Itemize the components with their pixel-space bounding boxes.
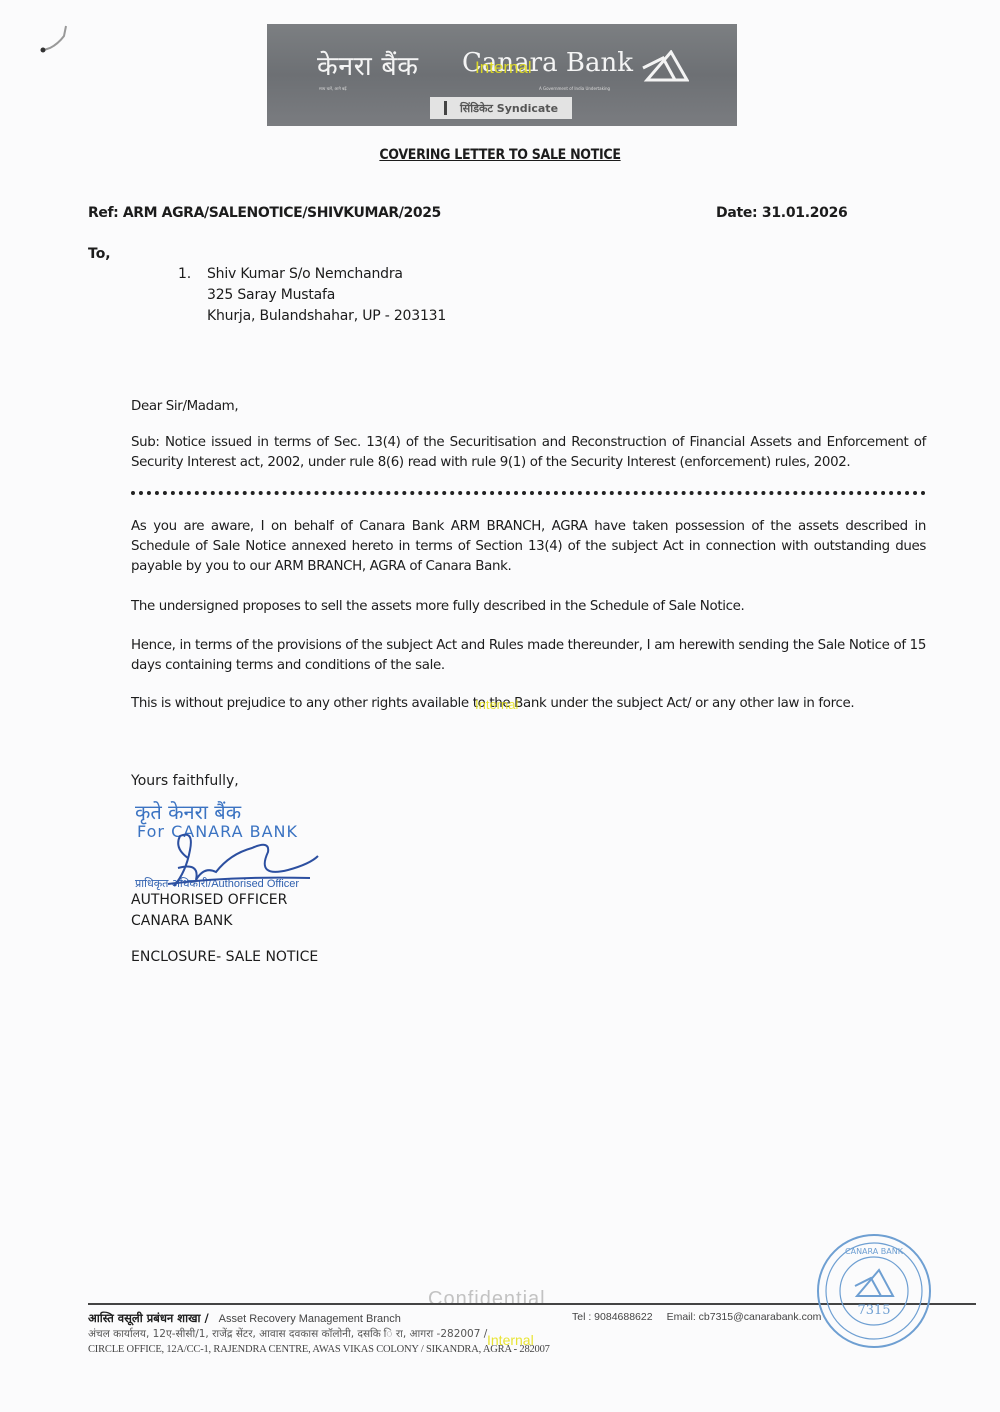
footer-branch: आस्ति वसूली प्रबंधन शाखा /Asset Recovery…: [88, 1311, 401, 1326]
bank-seal-stamp: 7315 CANARA BANK: [815, 1232, 933, 1350]
canara-triangle-logo-icon: [641, 50, 689, 84]
footer-branch-english: Asset Recovery Management Branch: [219, 1313, 401, 1325]
signatory-title: AUTHORISED OFFICER: [131, 890, 287, 911]
footer-email: Email: cb7315@canarabank.com: [667, 1311, 822, 1323]
syndicate-label: सिंडिकेट Syndicate: [460, 101, 558, 116]
reference-number: Ref: ARM AGRA/SALENOTICE/SHIVKUMAR/2025: [88, 205, 441, 221]
body-paragraph-prejudice: This is without prejudice to any other r…: [131, 694, 926, 714]
seal-number: 7315: [857, 1303, 890, 1318]
body-paragraph-possession: As you are aware, I on behalf of Canara …: [131, 517, 926, 577]
addressee-address-line2: Khurja, Bulandshahar, UP - 203131: [207, 306, 446, 327]
stamp-hindi-text: कृते केनरा बैंक: [135, 798, 241, 825]
logo-english-tagline: A Government of India Undertaking: [539, 86, 610, 91]
signatory-organisation: CANARA BANK: [131, 911, 287, 932]
dotted-divider: [131, 491, 926, 495]
to-label: To,: [88, 246, 111, 262]
internal-watermark: Internal: [475, 697, 518, 712]
footer-address-english: CIRCLE OFFICE, 12A/CC-1, RAJENDRA CENTRE…: [88, 1344, 550, 1355]
salutation: Dear Sir/Madam,: [131, 397, 926, 417]
addressee-number: 1.: [178, 264, 191, 285]
body-paragraph-sale-notice: Hence, in terms of the provisions of the…: [131, 636, 926, 676]
internal-watermark: Internal: [475, 58, 532, 78]
logo-hindi-text: केनरा बैंक: [317, 46, 419, 83]
signature: [160, 828, 340, 896]
pen-mark: [30, 20, 70, 60]
syndicate-logo-icon: [444, 101, 456, 115]
letter-date: Date: 31.01.2026: [716, 205, 848, 221]
bank-letterhead-banner: केनरा बैंक साथ चलें, आगे बढ़ें Canara Ba…: [267, 24, 737, 126]
signatory-block: AUTHORISED OFFICER CANARA BANK: [131, 890, 287, 932]
syndicate-badge: सिंडिकेट Syndicate: [430, 97, 572, 119]
logo-hindi-tagline: साथ चलें, आगे बढ़ें: [319, 86, 347, 92]
addressee-name: Shiv Kumar S/o Nemchandra: [207, 264, 446, 285]
footer-telephone: Tel : 9084688622: [572, 1311, 653, 1323]
confidential-watermark: Confidential: [428, 1288, 546, 1311]
closing-line: Yours faithfully,: [131, 773, 239, 789]
seal-bank-name: CANARA BANK: [845, 1247, 904, 1256]
footer-branch-hindi: आस्ति वसूली प्रबंधन शाखा /: [88, 1311, 209, 1325]
footer-contact: Tel : 9084688622Email: cb7315@canarabank…: [572, 1311, 821, 1323]
subject-line: Sub: Notice issued in terms of Sec. 13(4…: [131, 433, 926, 473]
enclosure-note: ENCLOSURE- SALE NOTICE: [131, 949, 318, 965]
body-paragraph-proposal: The undersigned proposes to sell the ass…: [131, 597, 926, 617]
internal-watermark: Internal: [487, 1332, 534, 1348]
letter-title: COVERING LETTER TO SALE NOTICE: [0, 147, 1000, 163]
footer-address-hindi: अंचल कार्यालय, 12ए-सीसी/1, राजेंद्र सेंट…: [88, 1327, 487, 1341]
addressee-address-line1: 325 Saray Mustafa: [207, 285, 446, 306]
